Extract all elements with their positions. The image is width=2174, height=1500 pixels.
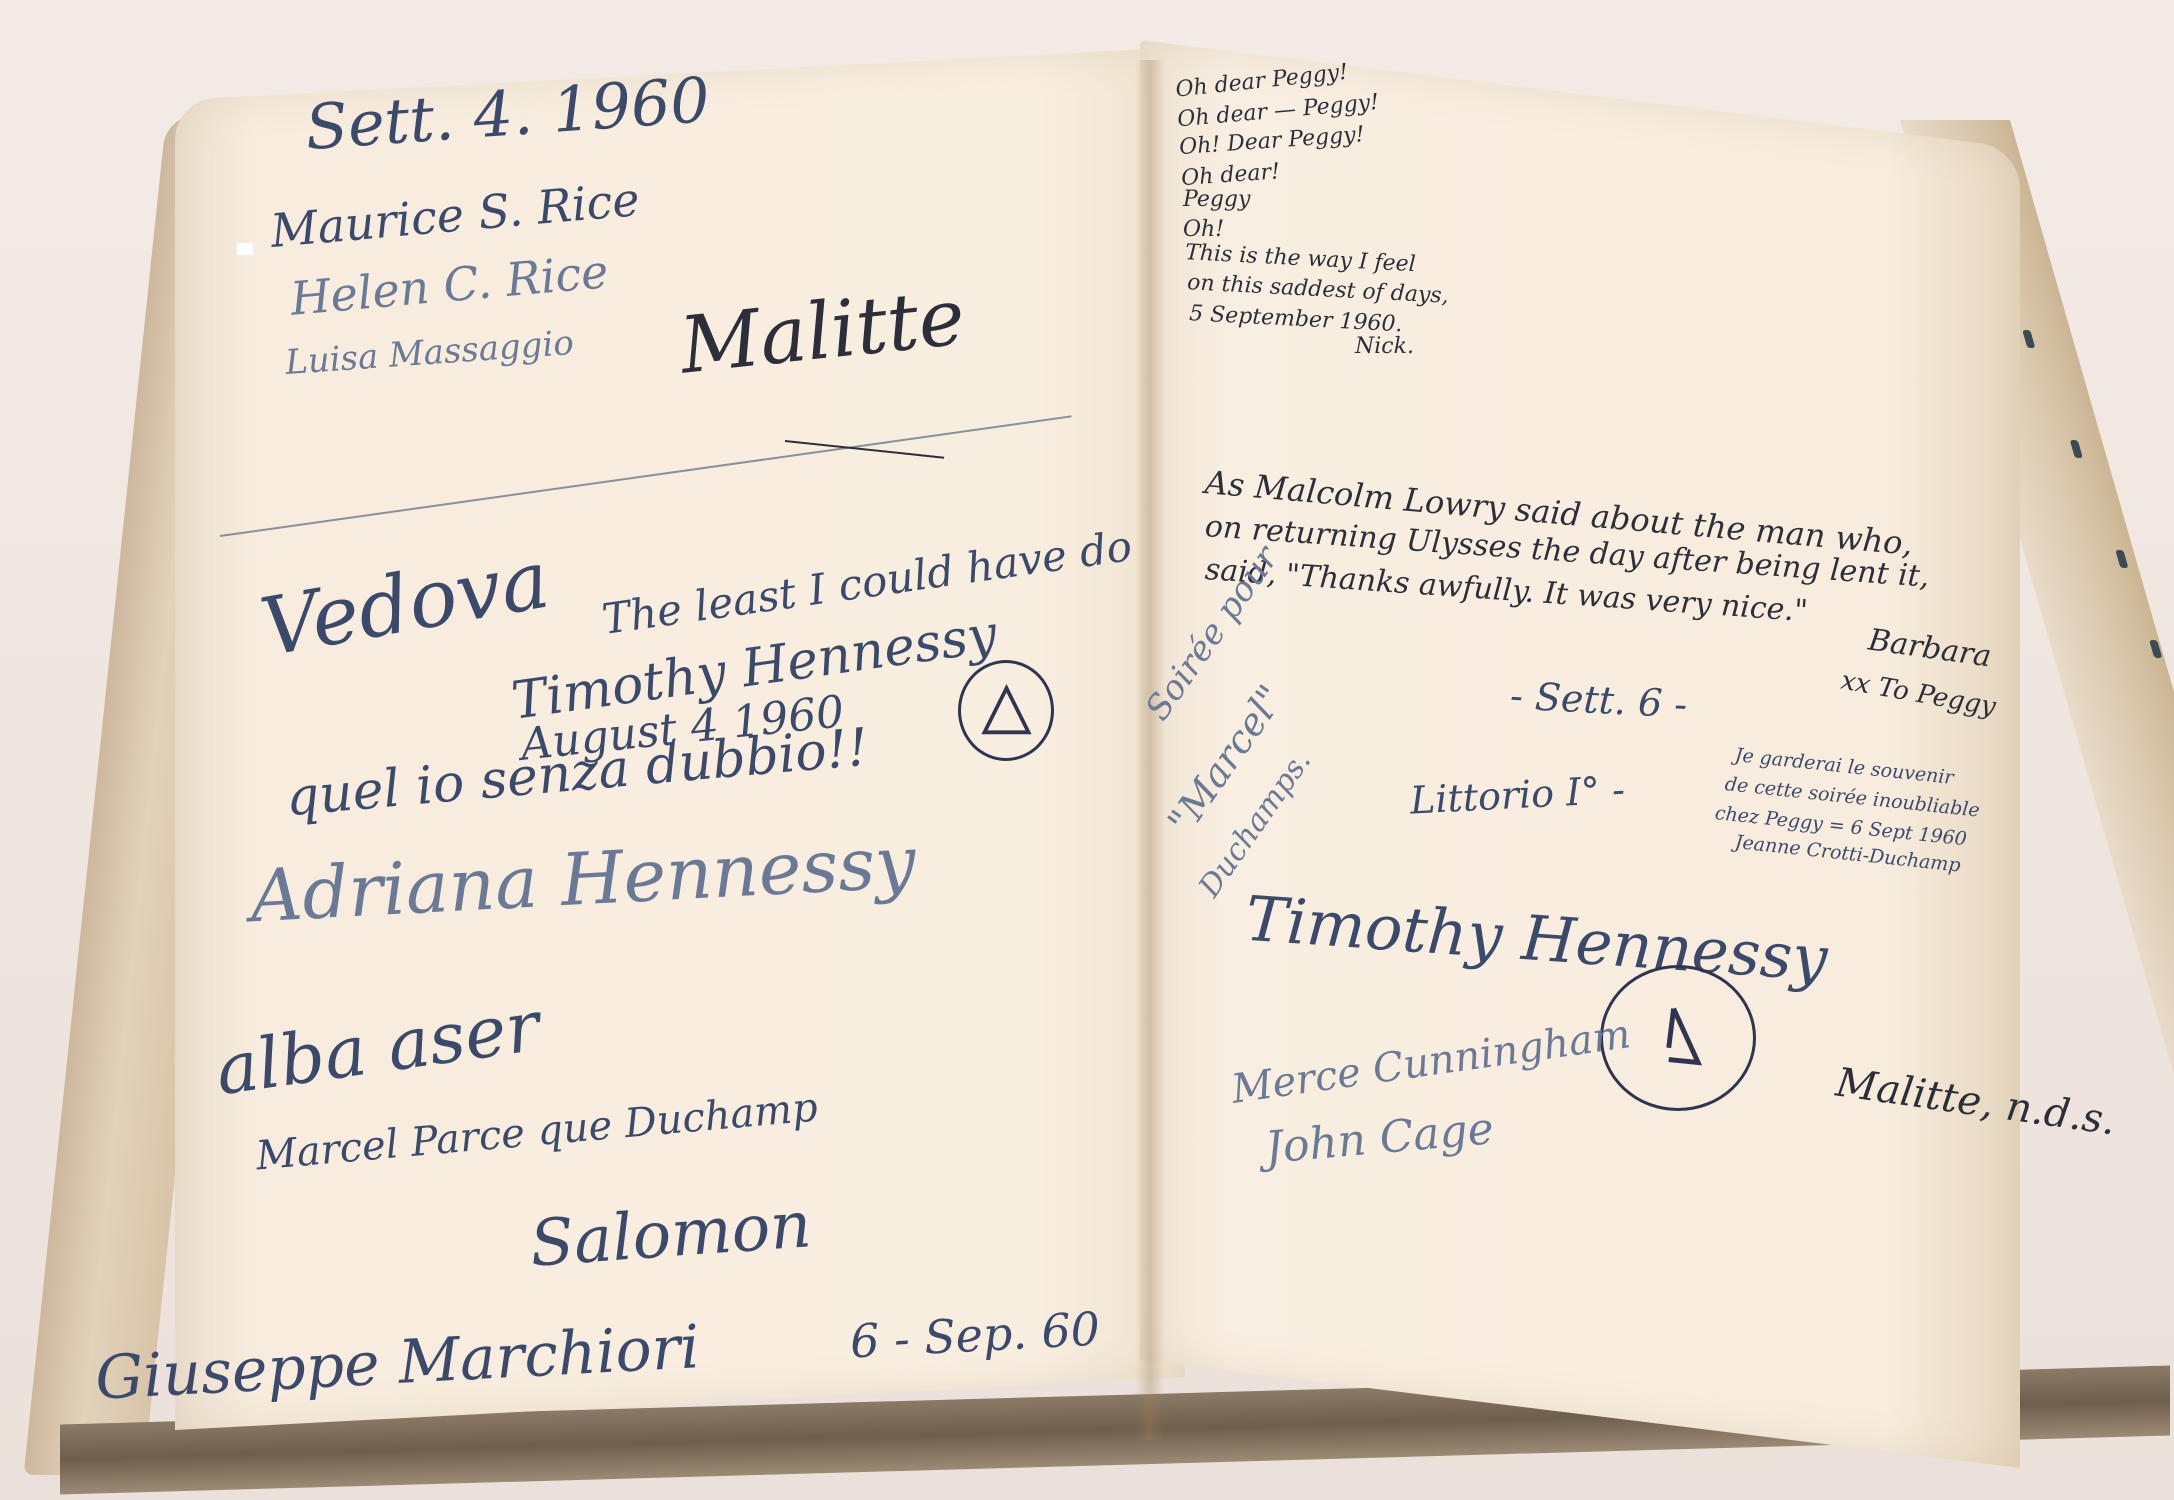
guestbook-photo: Sett. 4. 1960 Maurice S. Rice Helen C. R… [0, 0, 2174, 1500]
book-gutter [1135, 60, 1165, 1440]
lowry-quote: As Malcolm Lowry said about the man who,… [1205, 465, 1931, 566]
poem-signature: Nick. [1355, 335, 1617, 359]
poem-line: Oh! [1183, 218, 1445, 242]
page-tab-marker [237, 243, 253, 255]
sett-6-date: - Sett. 6 - [1509, 675, 1688, 726]
french-note: Je garderai le souvenir de cette soirée … [1735, 745, 1991, 829]
triangle-circle-icon [958, 660, 1054, 761]
poem-block: Oh dear Peggy! Oh dear — Peggy! Oh! Dear… [1175, 65, 1437, 307]
poem-line: Peggy [1183, 188, 1445, 212]
